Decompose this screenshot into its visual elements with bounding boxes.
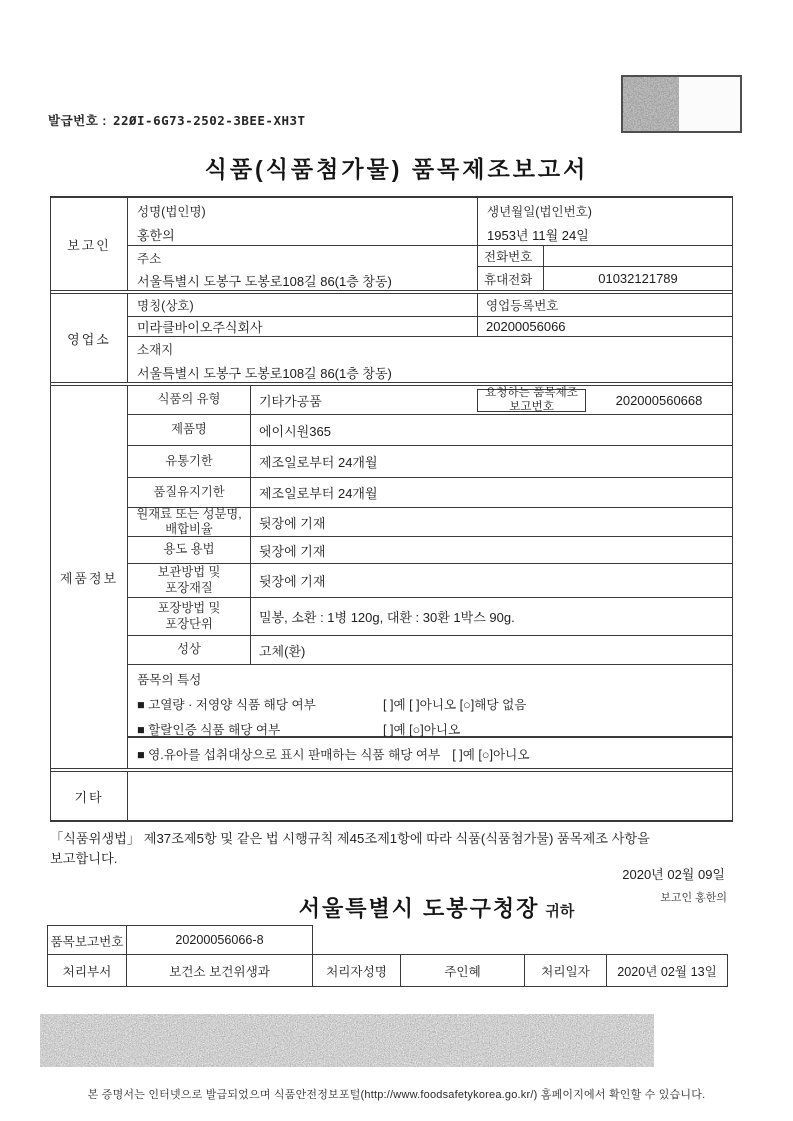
product-type-value: 기타가공품 (259, 391, 477, 410)
business-location-cell: 소재지 서울특별시 도봉구 도봉로108길 86(1층 창동) (128, 337, 732, 382)
addressee-name: 서울특별시 도봉구청장 (299, 896, 540, 921)
reporter-birth-cell: 생년월일(법인번호) 1953년 11월 24일 (478, 198, 732, 245)
reporter-section: 보고인 성명(법인명) 홍한의 생년월일(법인번호) 1953년 11월 24일… (51, 198, 732, 294)
addressee-honorific: 귀하 (545, 903, 574, 920)
reporter-phone-row: 전화번호 (478, 246, 732, 267)
etc-section-label: 기타 (51, 772, 128, 820)
usage-value: 뒷장에 기재 (251, 537, 732, 563)
business-header-row: 명칭(상호) 영업등록번호 (128, 294, 732, 317)
business-regno-value: 20200056066 (478, 317, 732, 336)
packing-label: 포장방법 및 포장단위 (128, 598, 251, 635)
usage-row: 용도 용법 뒷장에 기재 (128, 537, 732, 564)
appearance-row: 성상 고체(환) (128, 636, 732, 665)
product-section-label: 제품정보 (51, 386, 128, 768)
reporter-phone-value (544, 246, 732, 266)
requested-report-no-value: 202000560668 (586, 393, 732, 408)
security-barcode-band (40, 1014, 654, 1067)
item-characteristics-title: 품목의 특성 (137, 669, 723, 688)
halal-checkbox-group: [ ]예 [○]아니오 (383, 719, 460, 738)
reporter-mobile-row: 휴대전화 01032121789 (478, 267, 732, 290)
product-name-label: 제품명 (128, 415, 251, 445)
product-name-row: 제품명 에이시원365 (128, 415, 732, 446)
product-type-label: 식품의 유형 (128, 386, 251, 414)
business-section-label: 영업소 (51, 294, 128, 382)
processing-dept-label: 처리부서 (47, 954, 127, 987)
business-name-label: 명칭(상호) (128, 294, 478, 316)
shelf-life-row: 유통기한 제조일로부터 24개월 (128, 446, 732, 478)
reporter-address-value: 서울특별시 도봉구 도봉로108길 86(1층 창동) (137, 271, 468, 290)
stamp-noise-icon (623, 77, 679, 131)
issue-number-value: 22ØI-6G73-2502-3BEE-XH3T (113, 113, 306, 128)
usage-label: 용도 용법 (128, 537, 251, 563)
shelf-life-value: 제조일로부터 24개월 (251, 446, 732, 477)
reporter-address-label: 주소 (137, 249, 468, 267)
processing-date-label: 처리일자 (525, 954, 607, 987)
characteristics-line-halal: ■ 할랄인증 식품 해당 여부 [ ]예 [○]아니오 (137, 719, 723, 738)
quality-period-row: 품질유지기한 제조일로부터 24개월 (128, 478, 732, 508)
legal-statement: 「식품위생법」 제37조제5항 및 같은 법 시행규칙 제45조제1항에 따라 … (50, 829, 733, 869)
ingredients-row: 원재료 또는 성분명, 배합비율 뒷장에 기재 (128, 508, 732, 537)
processing-dept-value: 보건소 보건위생과 (127, 954, 313, 987)
product-section: 제품정보 식품의 유형 기타가공품 요청하는 품목제조 보고번호 2020005… (51, 386, 732, 772)
product-name-value: 에이시원365 (251, 415, 732, 445)
reporter-name-value: 홍한의 (137, 225, 468, 244)
reporter-phone-label: 전화번호 (478, 246, 544, 266)
calorie-checkbox-group: [ ]예 [ ]아니오 [○]해당 없음 (383, 694, 526, 713)
shelf-life-label: 유통기한 (128, 446, 251, 477)
packing-row: 포장방법 및 포장단위 밀봉, 소환 : 1병 120g, 대환 : 30환 1… (128, 598, 732, 636)
packing-value: 밀봉, 소환 : 1병 120g, 대환 : 30환 1박스 90g. (251, 598, 732, 635)
issue-number-label: 발급번호 : (48, 114, 107, 128)
storage-label: 보관방법 및 포장재질 (128, 564, 251, 597)
reporter-birth-label: 생년월일(법인번호) (487, 202, 723, 220)
storage-value: 뒷장에 기재 (251, 564, 732, 597)
reporter-address-cell: 주소 서울특별시 도봉구 도봉로108길 86(1층 창동) (128, 246, 478, 290)
verification-stamp (621, 75, 742, 133)
business-location-label: 소재지 (137, 340, 723, 358)
business-section: 영업소 명칭(상호) 영업등록번호 미라클바이오주식회사 20200056066… (51, 294, 732, 386)
infant-checkbox-group: [ ]예 [○]아니오 (452, 744, 529, 763)
report-number-value: 20200056066-8 (127, 925, 313, 955)
addressee-line: 서울특별시 도봉구청장귀하 (0, 892, 793, 923)
handler-name-value: 주인혜 (401, 954, 525, 987)
etc-value (128, 772, 732, 820)
quality-period-value: 제조일로부터 24개월 (251, 478, 732, 507)
business-name-value: 미라클바이오주식회사 (128, 317, 478, 336)
page-title: 식품(식품첨가물) 품목제조보고서 (0, 151, 793, 184)
issue-number-line: 발급번호 :22ØI-6G73-2502-3BEE-XH3T (48, 111, 306, 129)
reporter-phone-block: 전화번호 휴대전화 01032121789 (478, 246, 732, 290)
requested-report-no-label: 요청하는 품목제조 보고번호 (477, 389, 586, 412)
characteristics-line-calorie: ■ 고열량 · 저영양 식품 해당 여부 [ ]예 [ ]아니오 [○]해당 없… (137, 694, 723, 713)
processing-date-value: 2020년 02월 13일 (607, 954, 728, 987)
appearance-label: 성상 (128, 636, 251, 664)
reporter-birth-value: 1953년 11월 24일 (487, 225, 723, 244)
report-number-row: 품목보고번호 20200056066-8 (47, 925, 728, 955)
footer-note: 본 증명서는 인터넷으로 발급되었으며 식품안전정보포털(http://www.… (0, 1086, 793, 1102)
reporter-mobile-label: 휴대전화 (478, 267, 544, 290)
business-value-row: 미라클바이오주식회사 20200056066 (128, 317, 732, 337)
appearance-value: 고체(환) (251, 636, 732, 664)
processing-row: 처리부서 보건소 보건위생과 처리자성명 주인혜 처리일자 2020년 02월 … (47, 954, 728, 987)
business-regno-label: 영업등록번호 (478, 294, 732, 316)
legal-statement-line1: 「식품위생법」 제37조제5항 및 같은 법 시행규칙 제45조제1항에 따라 … (50, 829, 733, 849)
reporter-name-label: 성명(법인명) (137, 202, 468, 220)
reporter-name-cell: 성명(법인명) 홍한의 (128, 198, 478, 245)
product-type-row: 식품의 유형 기타가공품 요청하는 품목제조 보고번호 202000560668 (128, 386, 732, 415)
item-characteristics-box: 품목의 특성 ■ 고열량 · 저영양 식품 해당 여부 [ ]예 [ ]아니오 … (128, 665, 732, 738)
ingredients-value: 뒷장에 기재 (251, 508, 732, 536)
quality-period-label: 품질유지기한 (128, 478, 251, 507)
report-date: 2020년 02월 09일 (50, 864, 725, 883)
report-number-label: 품목보고번호 (47, 925, 127, 955)
business-location-value: 서울특별시 도봉구 도봉로108길 86(1층 창동) (137, 363, 723, 382)
processing-table: 품목보고번호 20200056066-8 처리부서 보건소 보건위생과 처리자성… (47, 925, 728, 987)
handler-name-label: 처리자성명 (313, 954, 401, 987)
characteristics-line-infant: ■ 영.유아를 섭취대상으로 표시 판매하는 식품 해당 여부 [ ]예 [○]… (128, 738, 732, 768)
etc-section: 기타 (51, 772, 732, 820)
reporter-mobile-value: 01032121789 (544, 267, 732, 290)
reporter-section-label: 보고인 (51, 198, 128, 290)
reporter-row-address: 주소 서울특별시 도봉구 도봉로108길 86(1층 창동) 전화번호 휴대전화… (128, 246, 732, 290)
main-table: 보고인 성명(법인명) 홍한의 생년월일(법인번호) 1953년 11월 24일… (50, 196, 733, 822)
ingredients-label: 원재료 또는 성분명, 배합비율 (128, 508, 251, 536)
storage-row: 보관방법 및 포장재질 뒷장에 기재 (128, 564, 732, 598)
reporter-row-name: 성명(법인명) 홍한의 생년월일(법인번호) 1953년 11월 24일 (128, 198, 732, 246)
